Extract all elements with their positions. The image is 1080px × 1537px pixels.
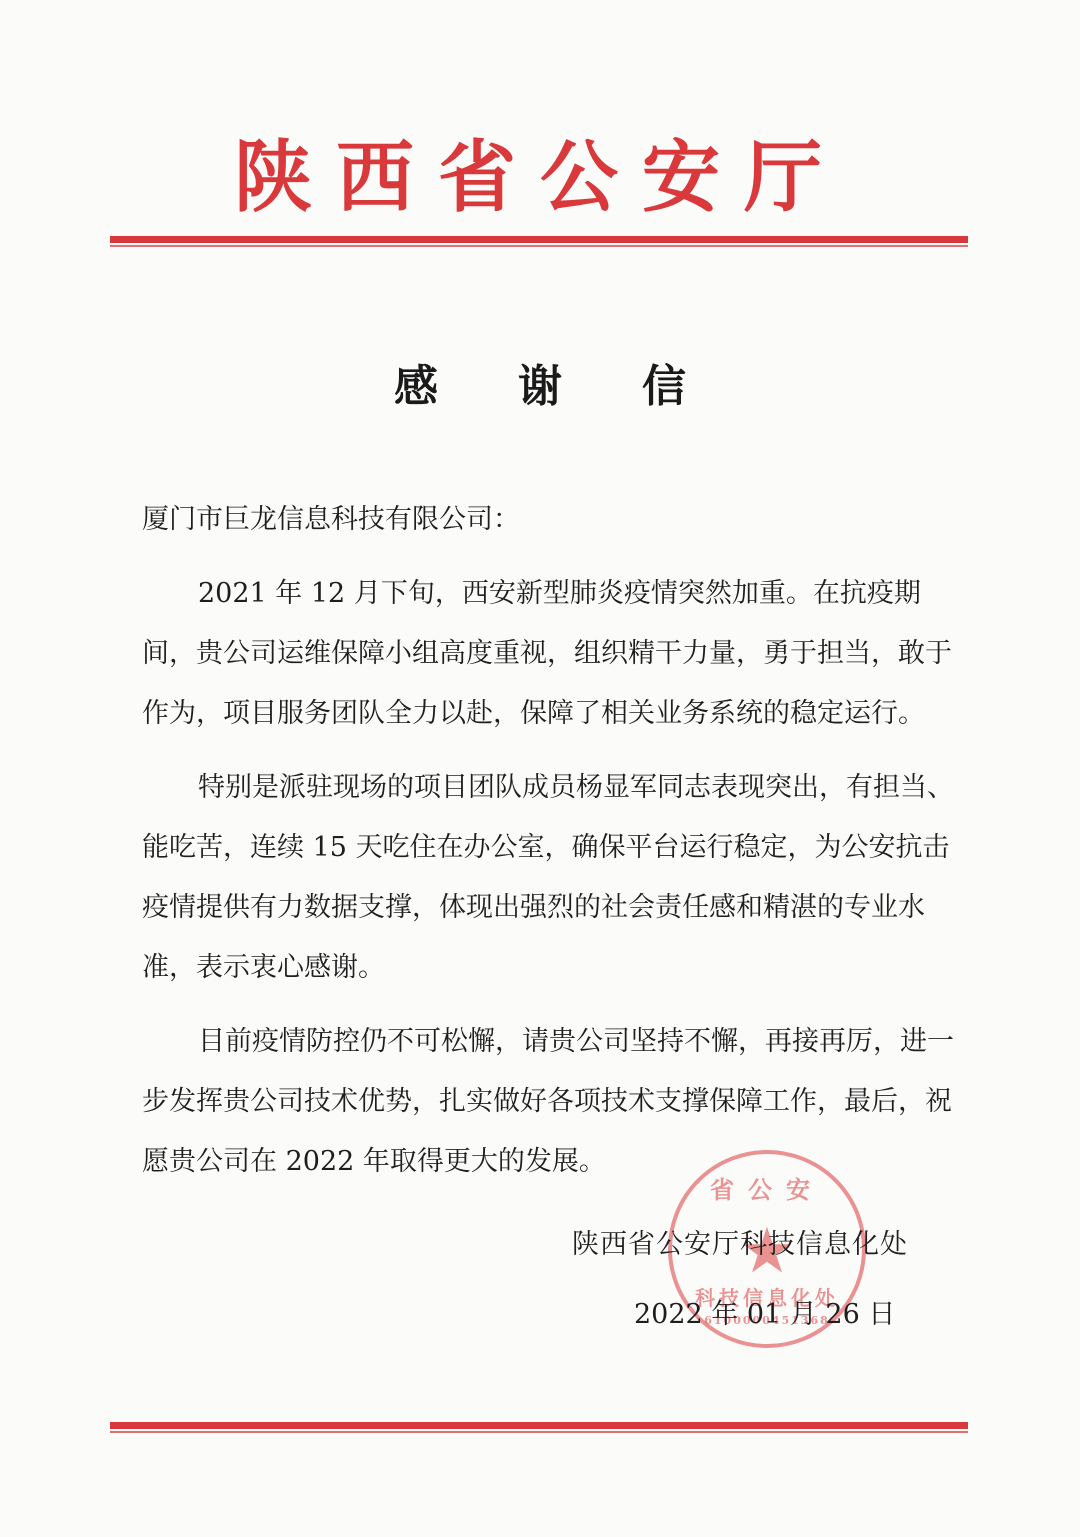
letter-title: 感谢信 (0, 350, 1080, 414)
letterhead-divider (110, 236, 968, 243)
paragraph-2: 特别是派驻现场的项目团队成员杨显军同志表现突出，有担当、能吃苦，连续 15 天吃… (142, 758, 962, 998)
letterhead-org-name: 陕西省公安厅 (0, 128, 1080, 228)
signature: 陕西省公安厅科技信息化处 (572, 1222, 908, 1261)
seal-top-text: 省公安 (672, 1170, 862, 1205)
letter-body: 厦门市巨龙信息科技有限公司： 2021 年 12 月下旬，西安新型肺炎疫情突然加… (142, 490, 962, 1192)
paragraph-3: 目前疫情防控仍不可松懈，请贵公司坚持不懈，再接再厉，进一步发挥贵公司技术优势，扎… (142, 1012, 962, 1192)
paragraph-1: 2021 年 12 月下旬，西安新型肺炎疫情突然加重。在抗疫期间，贵公司运维保障… (142, 564, 962, 744)
date: 2022 年 01 月 26 日 (634, 1292, 895, 1331)
footer-divider (110, 1422, 968, 1429)
salutation: 厦门市巨龙信息科技有限公司： (142, 490, 962, 550)
